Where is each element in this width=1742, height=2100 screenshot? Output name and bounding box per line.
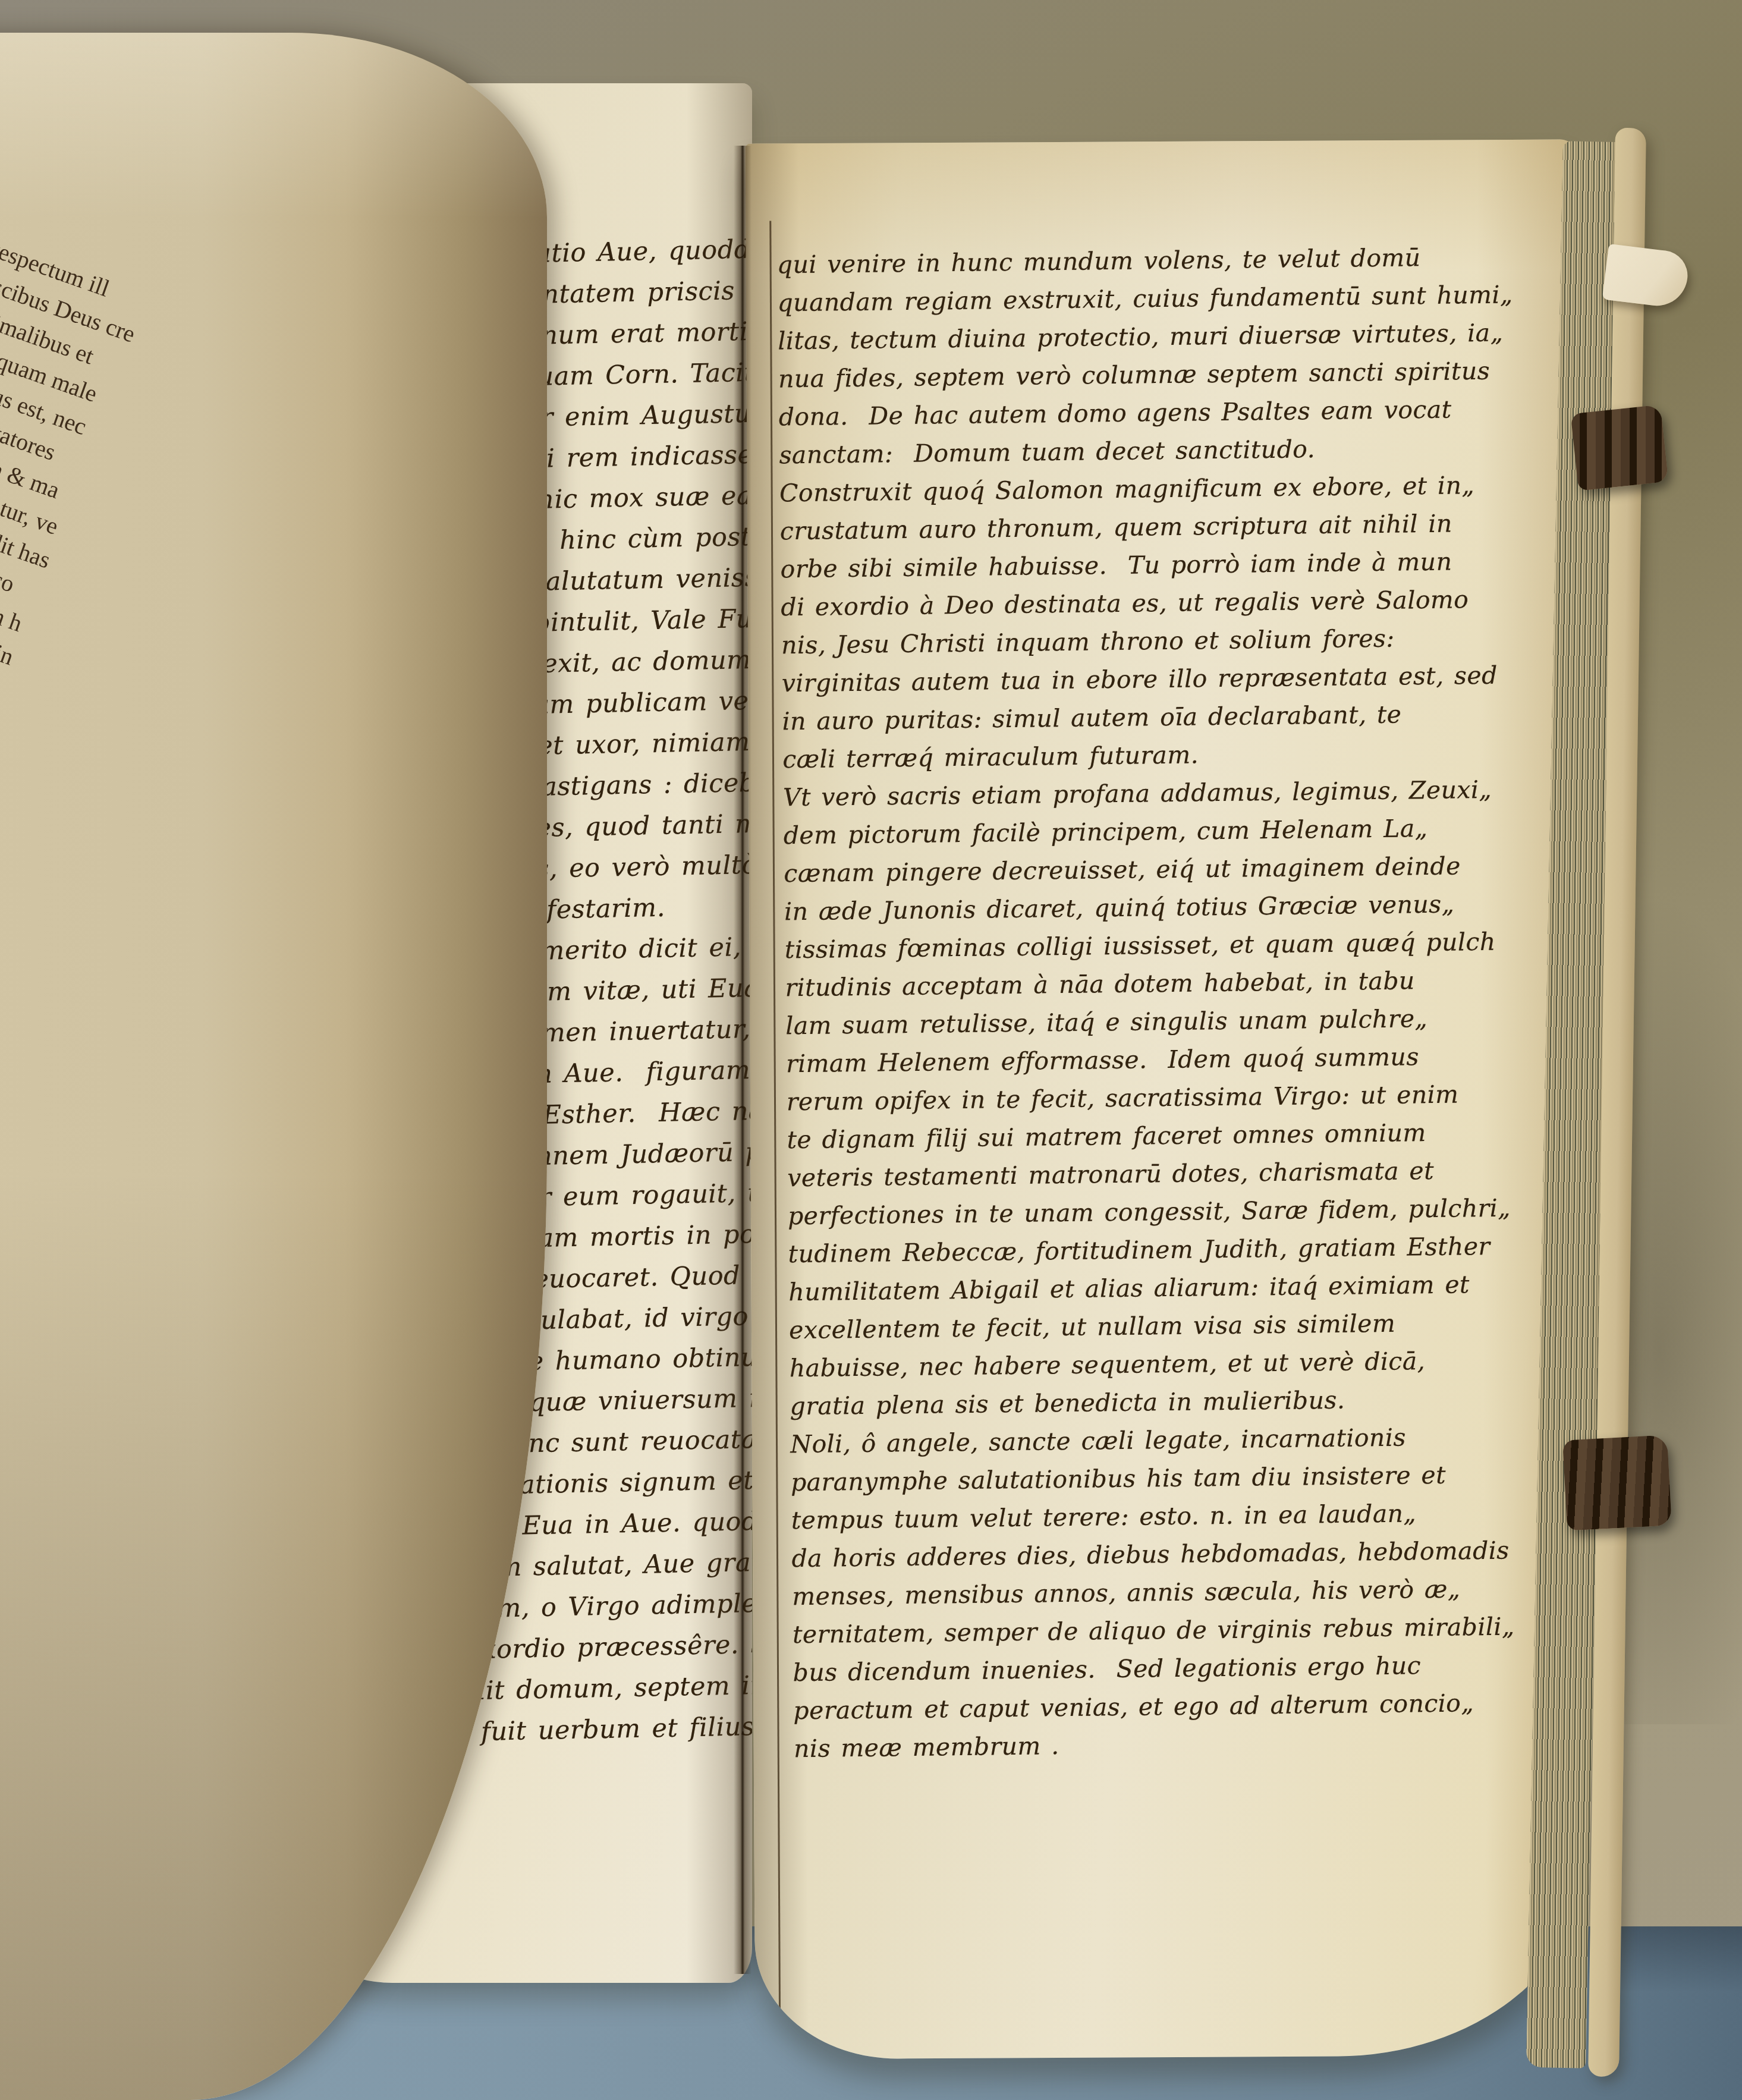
leather-clasp-upper bbox=[1571, 404, 1669, 491]
photograph-open-manuscript-book: ussum. Etenim salutatio Aue, quoddam vit… bbox=[0, 0, 1742, 2100]
right-page-text: qui venire in hunc mundum volens, te vel… bbox=[776, 237, 1587, 1768]
right-manuscript-page: qui venire in hunc mundum volens, te vel… bbox=[746, 139, 1588, 2059]
book-gutter-crease bbox=[734, 146, 751, 1974]
leather-clasp-lower bbox=[1562, 1435, 1672, 1530]
